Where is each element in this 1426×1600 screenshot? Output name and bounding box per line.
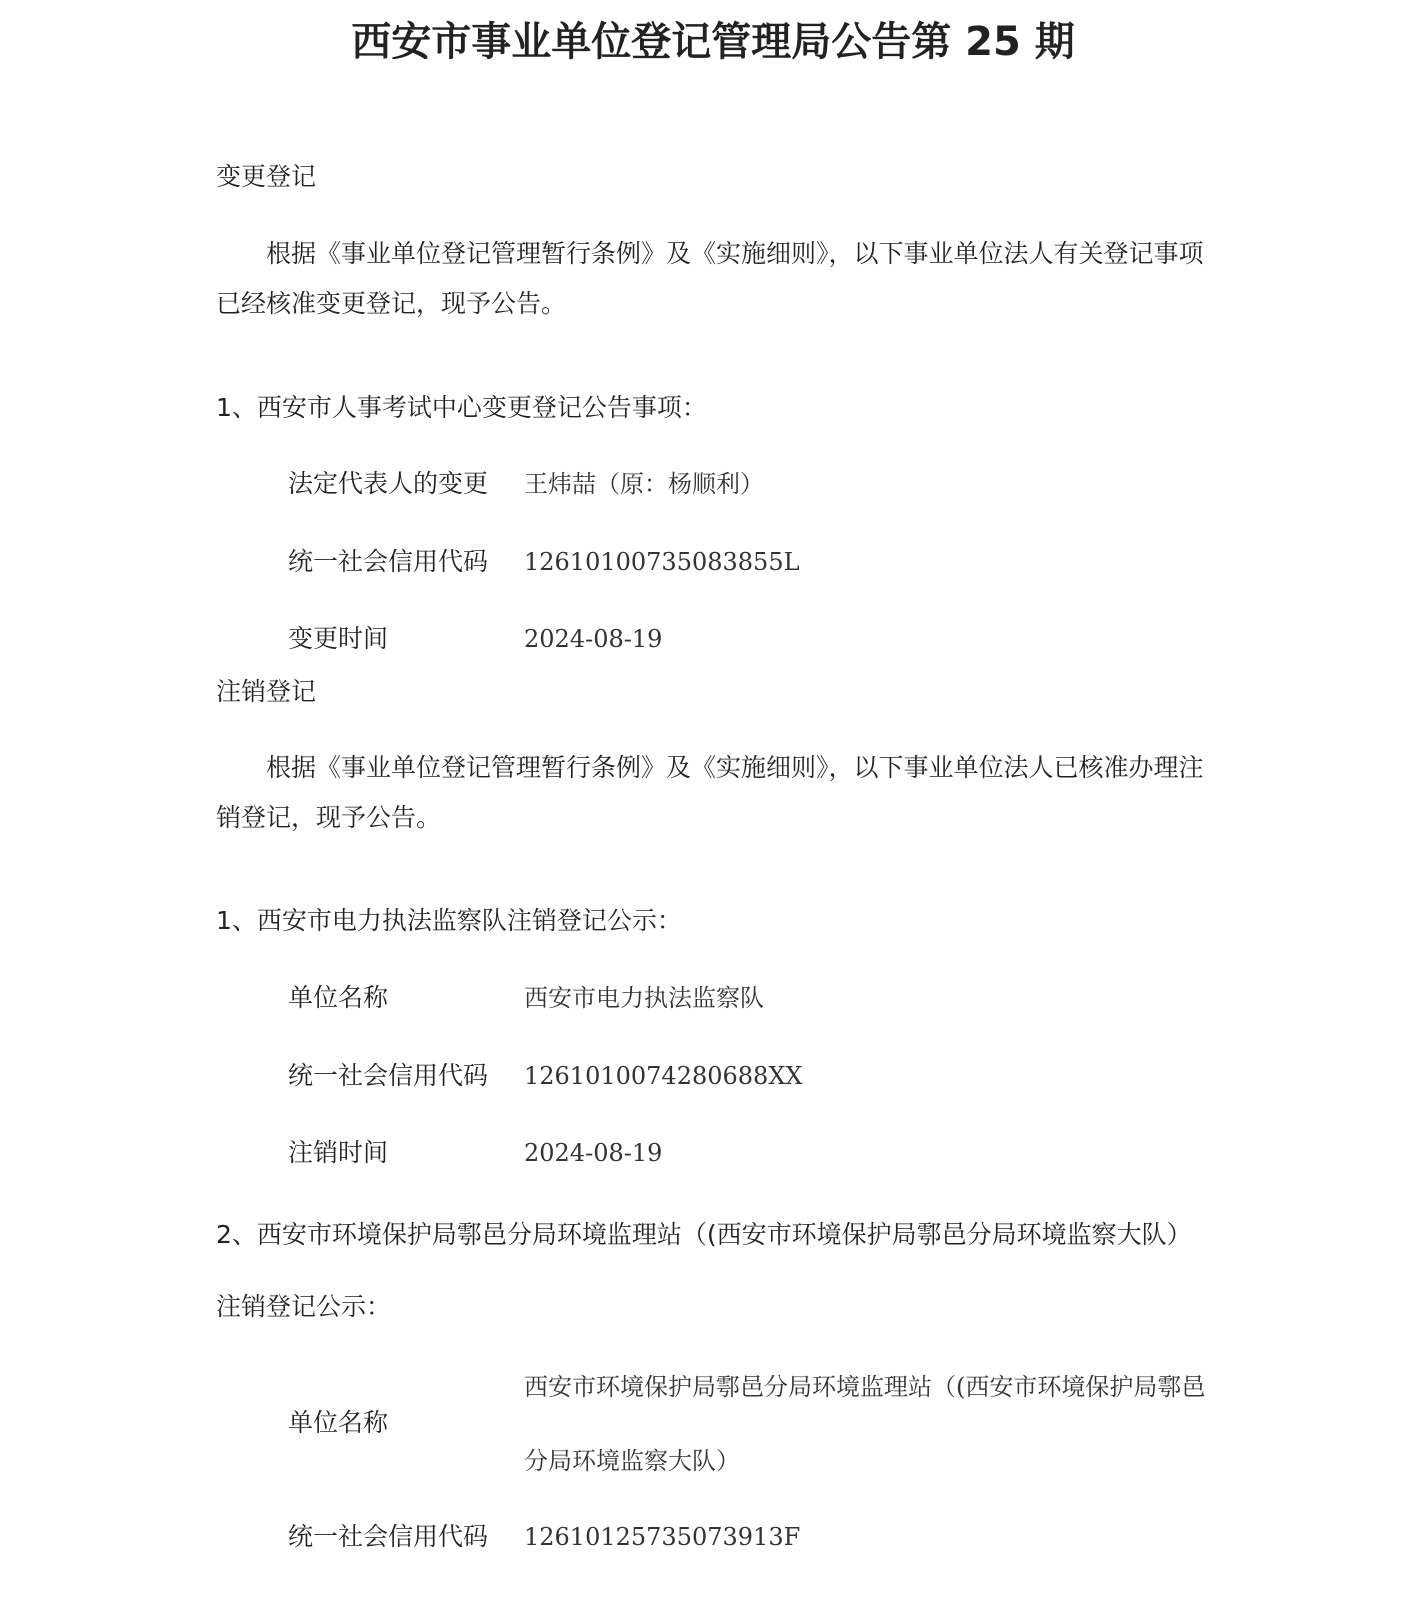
cancellation-item-1-heading: 1、西安市电力执法监察队注销登记公示： xyxy=(216,904,682,938)
field-value-credit-code: 12610125735073913F xyxy=(524,1520,800,1554)
cancellation-item-2-heading: 2、西安市环境保护局鄠邑分局环境监理站（(西安市环境保护局鄠邑分局环境监察大队）… xyxy=(216,1199,1211,1343)
field-value-unit-name: 西安市电力执法监察队 xyxy=(524,981,764,1015)
field-value-credit-code: 12610100735083855L xyxy=(524,545,800,579)
field-label-unit-name: 单位名称 xyxy=(288,981,388,1015)
cancellation-registration-intro: 根据《事业单位登记管理暂行条例》及《实施细则》，以下事业单位法人已核准办理注销登… xyxy=(216,743,1206,843)
section-heading-cancellation-registration: 注销登记 xyxy=(216,675,316,709)
change-registration-intro: 根据《事业单位登记管理暂行条例》及《实施细则》，以下事业单位法人有关登记事项已经… xyxy=(216,229,1206,329)
field-value-legal-representative-change: 王炜喆（原：杨顺利） xyxy=(524,467,764,501)
field-value-unit-name: 西安市环境保护局鄠邑分局环境监理站（(西安市环境保护局鄠邑分局环境监察大队） xyxy=(524,1350,1214,1498)
field-label-cancellation-date: 注销时间 xyxy=(288,1136,388,1170)
field-label-credit-code: 统一社会信用代码 xyxy=(288,1059,488,1093)
field-value-cancellation-date: 2024-08-19 xyxy=(524,1136,662,1170)
change-item-1-heading: 1、西安市人事考试中心变更登记公告事项： xyxy=(216,391,707,425)
field-label-credit-code: 统一社会信用代码 xyxy=(288,1520,488,1554)
document-title: 西安市事业单位登记管理局公告第 25 期 xyxy=(0,14,1426,70)
field-label-unit-name: 单位名称 xyxy=(288,1406,388,1440)
field-value-credit-code: 1261010074280688XX xyxy=(524,1059,802,1093)
field-label-legal-representative-change: 法定代表人的变更 xyxy=(288,467,488,501)
section-heading-change-registration: 变更登记 xyxy=(216,160,316,194)
field-label-change-date: 变更时间 xyxy=(288,622,388,656)
field-label-credit-code: 统一社会信用代码 xyxy=(288,545,488,579)
field-value-change-date: 2024-08-19 xyxy=(524,622,662,656)
